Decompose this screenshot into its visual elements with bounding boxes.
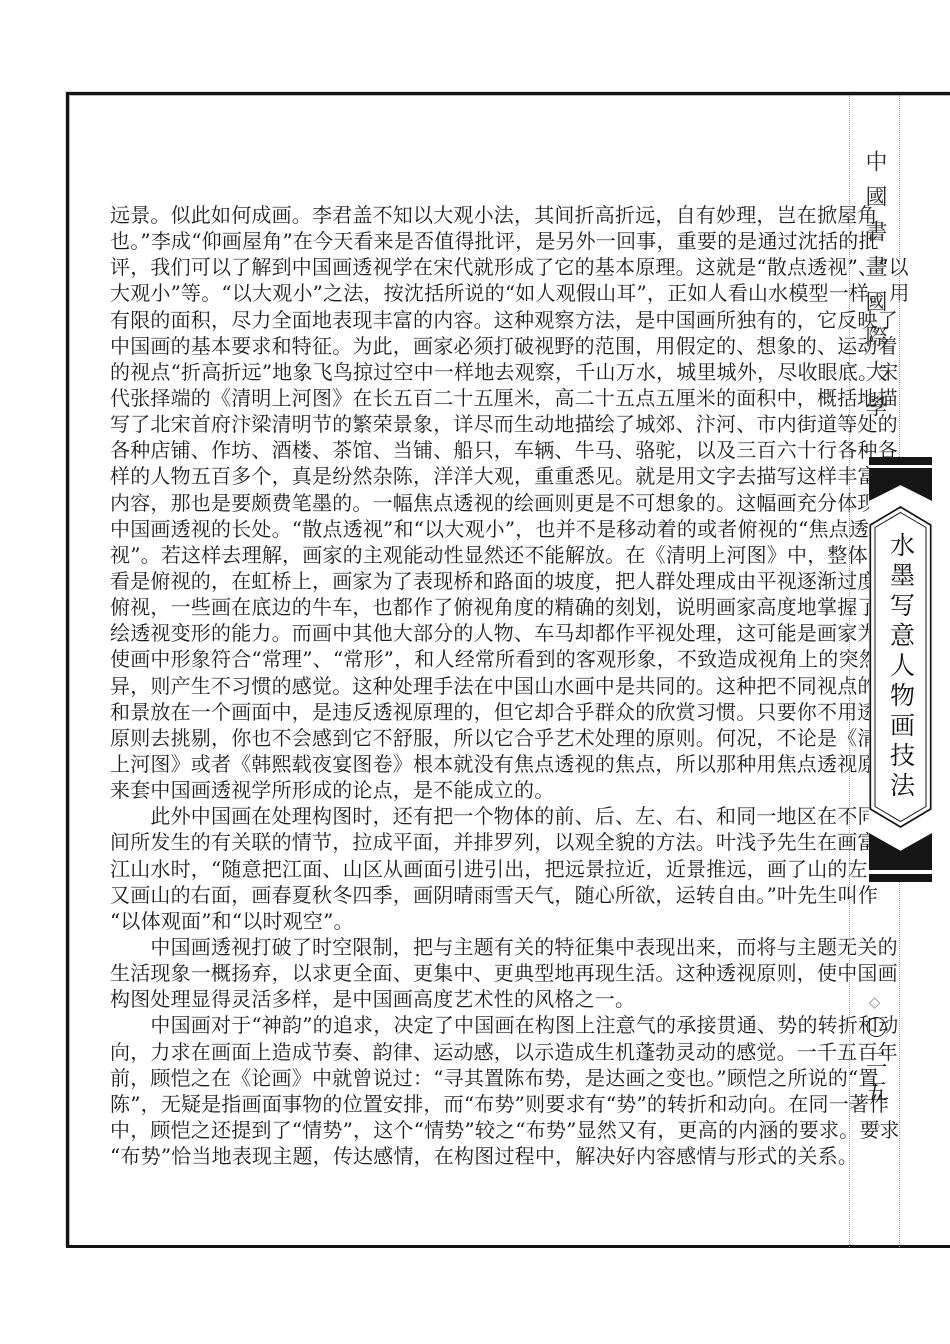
text-line: “以体观面”和“以时观空”。	[110, 908, 796, 934]
text-line: 和景放在一个画面中，是违反透视原理的，但它却合乎群众的欣赏习惯。只要你不用透视	[110, 699, 796, 725]
text-line: 江山水时，“随意把江面、山区从画面引进引出，把远景拉近，近景推远，画了山的左面，	[110, 856, 796, 882]
text-line: 远景。似此如何成画。李君盖不知以大观小法，其间折高折远，自有妙理，岂在掀屋角	[110, 202, 796, 228]
title-banner: 水墨写意人物画技法	[869, 457, 932, 882]
text-line: 构图处理显得灵活多样，是中国画高度艺术性的风格之一。	[110, 986, 796, 1012]
text-line: 绘透视变形的能力。而画中其他大部分的人物、车马却都作平视处理，这可能是画家为了	[110, 620, 796, 646]
text-line: “布势”恰当地表现主题，传达感情，在构图过程中，解决好内容感情与形式的关系。	[110, 1143, 796, 1169]
text-line: 代张择端的《清明上河图》在长五百二十五厘米，高二十五点五厘米的面积中，概括地描	[110, 385, 796, 411]
text-line: 陈”，无疑是指画面事物的位置安排，而“布势”则要求有“势”的转折和动向。在同一著…	[110, 1091, 796, 1117]
sidebar-header: 中國書畫國際大學	[849, 150, 900, 430]
text-line: 中，顾恺之还提到了“情势”，这个“情势”较之“布势”显然又有，更高的内涵的要求。…	[110, 1117, 796, 1143]
text-line: 中国画透视打破了时空限制，把与主题有关的特征集中表现出来，而将与主题无关的	[110, 934, 796, 960]
text-line: 使画中形象符合“常理”、“常形”，和人经常所看到的客观形象，不致造成视角上的突然…	[110, 646, 796, 672]
diamond-ornament-top: ◇	[869, 995, 881, 1010]
text-line: 评，我们可以了解到中国画透视学在宋代就形成了它的基本原理。这就是“散点透视”、“…	[110, 254, 796, 280]
diamond-ornament-bottom: ◇	[869, 1118, 881, 1133]
book-title-vertical: 水墨写意人物画技法	[869, 520, 932, 814]
text-line: 写了北宋首府汴梁清明节的繁荣景象，详尽而生动地描绘了城郊、汴河、市内街道等处的	[110, 411, 796, 437]
text-line: 上河图》或者《韩熙载夜宴图卷》根本就没有焦点透视的焦点，所以那种用焦点透视原理	[110, 751, 796, 777]
text-line: 内容，那也是要颇费笔墨的。一幅焦点透视的绘画则更是不可想象的。这幅画充分体现了	[110, 490, 796, 516]
banner-hexagon-panel: 水墨写意人物画技法	[869, 506, 932, 828]
page-number: 〇二五	[859, 1016, 890, 1112]
text-line: 前，顾恺之在《论画》中就曾说过：“寻其置陈布势，是达画之变也。”顾恺之所说的“置	[110, 1065, 796, 1091]
text-line: 又画山的右面，画春夏秋冬四季，画阴晴雨雪天气，随心所欲，运转自由。”叶先生叫作	[110, 882, 796, 908]
text-line: 各种店铺、作坊、酒楼、茶馆、当铺、船只，车辆、牛马、骆驼，以及三百六十行各种各	[110, 437, 796, 463]
text-line: 看是俯视的，在虹桥上，画家为了表现桥和路面的坡度，把人群处理成由平视逐渐过度到	[110, 568, 796, 594]
text-line: 异，则产生不习惯的感觉。这种处理手法在中国山水画中是共同的。这种把不同视点的人	[110, 673, 796, 699]
text-line: 中国画对于“神韵”的追求，决定了中国画在构图上注意气的承接贯通、势的转折和动	[110, 1012, 796, 1038]
text-line: 此外中国画在处理构图时，还有把一个物体的前、后、左、右、和同一地区在不同时	[110, 803, 796, 829]
banner-bottom-bar	[869, 874, 932, 882]
sidebar-header-text: 中國書畫國際大學	[859, 150, 890, 430]
text-line: 样的人物五百多个，真是纷然杂陈，洋洋大观，重重悉见。就是用文字去描写这样丰富的	[110, 463, 796, 489]
text-line: 视”。若这样去理解，画家的主观能动性显然还不能解放。在《清明上河图》中，整体来	[110, 542, 796, 568]
text-line: 中国画透视的长处。“散点透视”和“以大观小”，也并不是移动着的或者俯视的“焦点透	[110, 516, 796, 542]
text-line: 向，力求在画面上造成节奏、韵律、运动感，以示造成生机蓬勃灵动的感觉。一千五百年	[110, 1039, 796, 1065]
book-page: 远景。似此如何成画。李君盖不知以大观小法，其间折高折远，自有妙理，岂在掀屋角也。…	[0, 0, 950, 1344]
text-line: 也。”李成“仰画屋角”在今天看来是否值得批评，是另外一回事，重要的是通过沈括的批	[110, 228, 796, 254]
text-line: 生活现象一概扬弃，以求更全面、更集中、更典型地再现生活。这种透视原则，使中国画	[110, 960, 796, 986]
text-line: 原则去挑剔，你也不会感到它不舒服，所以它合乎艺术处理的原则。何况，不论是《清明	[110, 725, 796, 751]
text-line: 间所发生的有关联的情节，拉成平面，并排罗列，以观全貌的方法。叶浅予先生在画富春	[110, 829, 796, 855]
text-line: 有限的面积，尽力全面地表现丰富的内容。这种观察方法，是中国画所独有的，它反映了	[110, 307, 796, 333]
text-line: 来套中国画透视学所形成的论点，是不能成立的。	[110, 777, 796, 803]
text-line: 大观小”等。“以大观小”之法，按沈括所说的“如人观假山耳”，正如人看山水模型一样…	[110, 280, 796, 306]
banner-top-bar	[869, 457, 932, 465]
body-text: 远景。似此如何成画。李君盖不知以大观小法，其间折高折远，自有妙理，岂在掀屋角也。…	[110, 202, 796, 1169]
banner-top-ribbon	[869, 468, 932, 501]
text-line: 的视点“折高折远”地象飞鸟掠过空中一样地去观察，千山万水，城里城外，尽收眼底。宋	[110, 359, 796, 385]
text-line: 中国画的基本要求和特征。为此，画家必须打破视野的范围，用假定的、想象的、运动着	[110, 333, 796, 359]
text-line: 俯视，一些画在底边的牛车，也都作了俯视角度的精确的刻划，说明画家高度地掌握了描	[110, 594, 796, 620]
banner-bottom-ribbon	[869, 833, 932, 870]
folio-column: ◇ 〇二五 ◇	[849, 995, 900, 1133]
